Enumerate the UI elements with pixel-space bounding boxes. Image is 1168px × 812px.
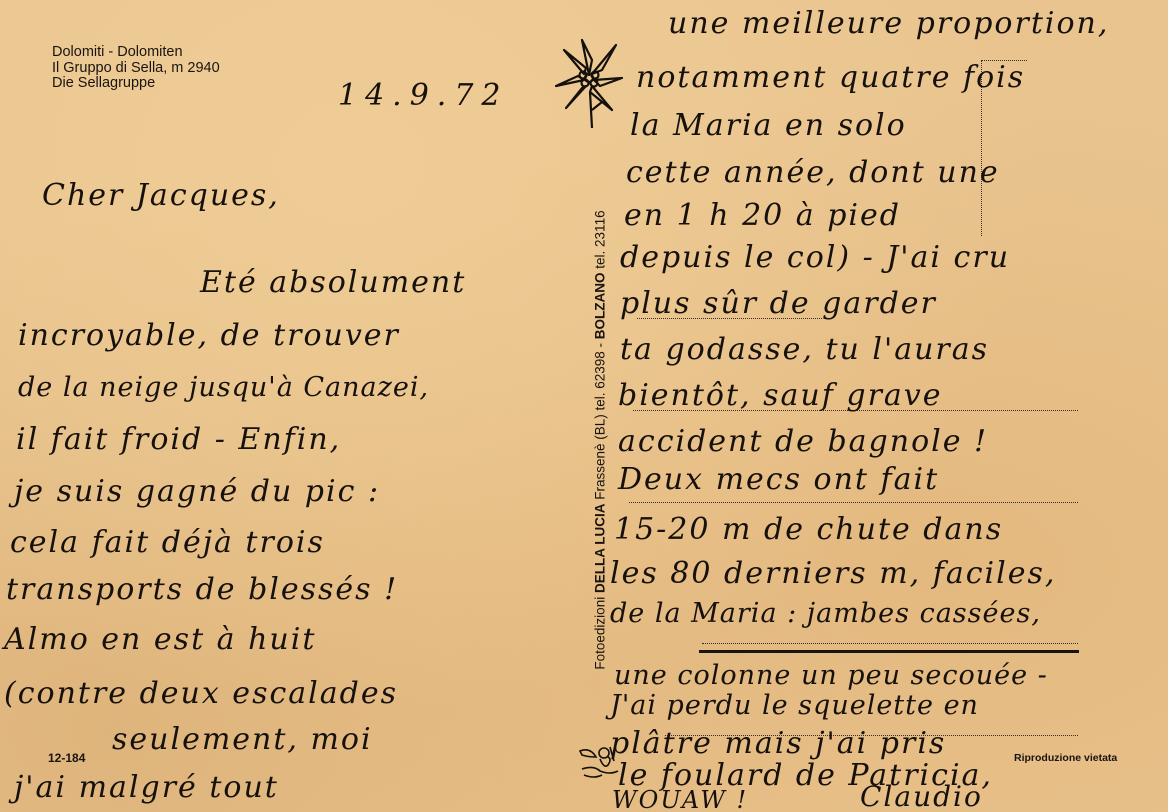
right-line: bientôt, sauf grave [618, 378, 943, 413]
postcard-caption: Dolomiti - Dolomiten Il Gruppo di Sella,… [52, 45, 220, 92]
left-line: il fait froid - Enfin, [16, 422, 341, 457]
address-rule [699, 650, 1079, 653]
left-line: Eté absolument [200, 265, 466, 300]
address-line-4 [702, 643, 1078, 644]
right-line: Deux mecs ont fait [618, 462, 939, 497]
publisher-imprint: Fotoedizioni DELLA LUCIA Frassenè (BL) t… [593, 210, 608, 669]
right-line: plâtre mais j'ai pris [610, 726, 946, 761]
reproduction-notice: Riproduzione vietata [1014, 752, 1117, 764]
left-line: Cher Jacques, [42, 178, 280, 213]
letter-date: 14.9.72 [338, 78, 509, 113]
right-line: la Maria en solo [630, 108, 907, 143]
caption-line-2: Il Gruppo di Sella, m 2940 [52, 61, 220, 77]
left-line: je suis gagné du pic : [14, 474, 380, 509]
postcard-back: Dolomiti - Dolomiten Il Gruppo di Sella,… [0, 0, 1168, 812]
caption-line-3: Die Sellagruppe [52, 76, 220, 92]
catalog-code: 12-184 [48, 751, 85, 765]
left-line: transports de blessés ! [6, 572, 398, 607]
right-line: 15-20 m de chute dans [614, 512, 1003, 547]
right-line: notamment quatre fois [636, 60, 1025, 95]
right-line: de la Maria : jambes cassées, [610, 598, 1041, 629]
right-line: plus sûr de garder [620, 286, 937, 321]
right-line: accident de bagnole ! [618, 424, 988, 459]
right-line: une meilleure proportion, [668, 6, 1109, 41]
left-line: (contre deux escalades [4, 676, 398, 711]
address-line-3 [629, 502, 1078, 503]
right-line: cette année, dont une [626, 155, 1000, 190]
right-line: ta godasse, tu l'auras [620, 332, 989, 367]
right-line: en 1 h 20 à pied [624, 198, 901, 233]
left-line: de la neige jusqu'à Canazei, [18, 372, 429, 403]
right-line: les 80 derniers m, faciles, [610, 556, 1056, 591]
left-line: cela fait déjà trois [10, 525, 325, 560]
caption-line-1: Dolomiti - Dolomiten [52, 45, 220, 61]
left-line: Almo en est à huit [4, 622, 316, 657]
left-line: j'ai malgré tout [14, 770, 279, 805]
right-line: depuis le col) - J'ai cru [620, 240, 1010, 275]
left-line: seulement, moi [112, 722, 373, 757]
signature: Claudio [860, 780, 983, 812]
left-line: incroyable, de trouver [18, 318, 400, 353]
edelweiss-icon [554, 30, 624, 130]
right-line: J'ai perdu le squelette en [610, 690, 979, 721]
right-line: WOUAW ! [612, 786, 748, 812]
right-line: une colonne un peu secouée - [614, 660, 1048, 691]
